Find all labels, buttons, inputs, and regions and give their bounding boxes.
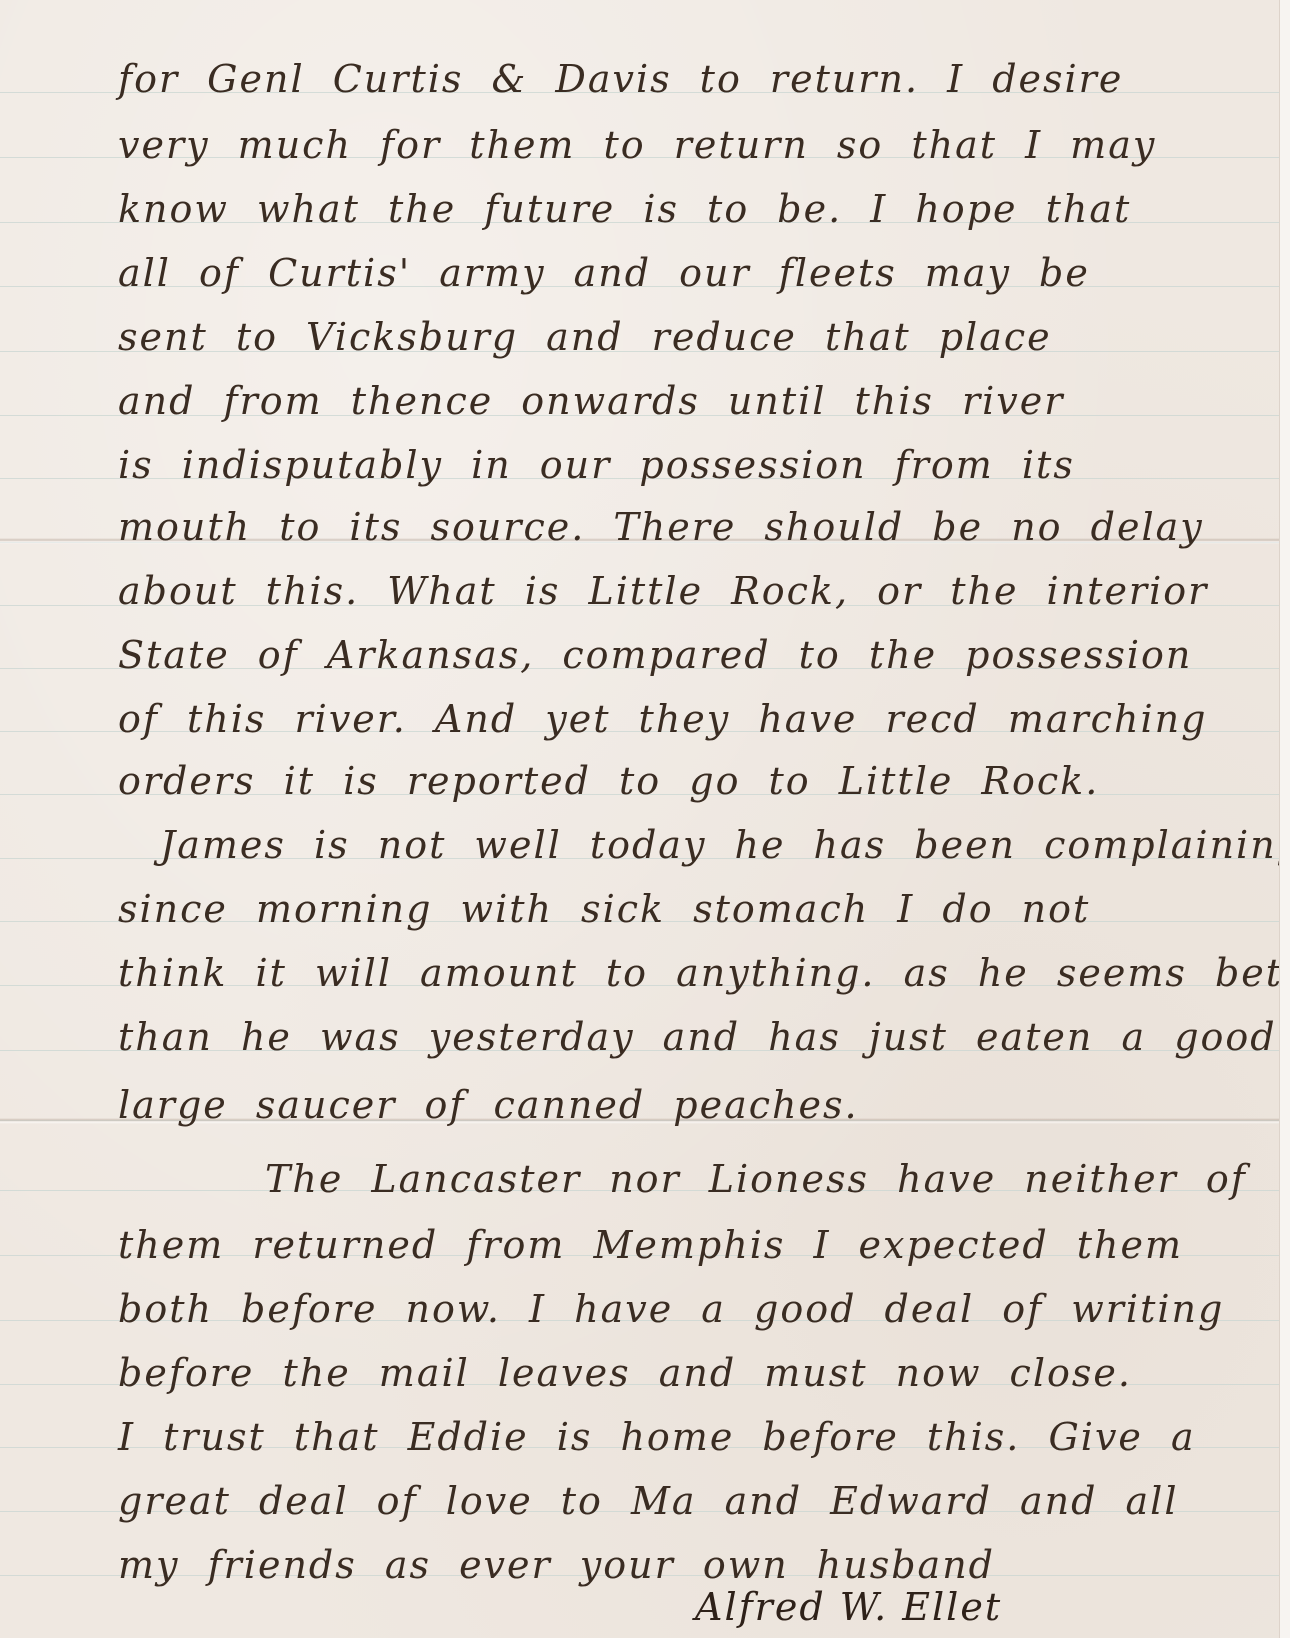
letter-line: all of Curtis' army and our fleets may b…: [118, 254, 1240, 292]
letter-line: mouth to its source. There should be no …: [118, 508, 1240, 546]
letter-line: James is not well today he has been comp…: [160, 826, 1240, 864]
letter-line: sent to Vicksburg and reduce that place: [118, 318, 1240, 356]
letter-line: think it will amount to anything. as he …: [118, 954, 1240, 992]
letter-line: I trust that Eddie is home before this. …: [118, 1418, 1240, 1456]
letter-line: and from thence onwards until this river: [118, 382, 1240, 420]
letter-line: know what the future is to be. I hope th…: [118, 190, 1240, 228]
letter-line: The Lancaster nor Lioness have neither o…: [265, 1160, 1240, 1198]
letter-line: both before now. I have a good deal of w…: [118, 1290, 1240, 1328]
letter-line: them returned from Memphis I expected th…: [118, 1226, 1240, 1264]
letter-line: for Genl Curtis & Davis to return. I des…: [118, 60, 1240, 98]
letter-line: is indisputably in our possession from i…: [118, 446, 1240, 484]
letter-line: than he was yesterday and has just eaten…: [118, 1018, 1240, 1056]
letter-line: State of Arkansas, compared to the posse…: [118, 636, 1240, 674]
page-edge: [1279, 0, 1290, 1638]
letter-line: orders it is reported to go to Little Ro…: [118, 762, 1240, 800]
letter-page: for Genl Curtis & Davis to return. I des…: [0, 0, 1280, 1638]
signature: Alfred W. Ellet: [695, 1585, 1002, 1629]
letter-line: since morning with sick stomach I do not: [118, 890, 1240, 928]
letter-line: about this. What is Little Rock, or the …: [118, 572, 1240, 610]
letter-line: of this river. And yet they have recd ma…: [118, 700, 1240, 738]
letter-line: my friends as ever your own husband: [118, 1546, 1240, 1584]
letter-line: before the mail leaves and must now clos…: [118, 1354, 1240, 1392]
letter-line: large saucer of canned peaches.: [118, 1086, 1240, 1124]
letter-line: great deal of love to Ma and Edward and …: [118, 1482, 1240, 1520]
letter-line: very much for them to return so that I m…: [118, 126, 1240, 164]
